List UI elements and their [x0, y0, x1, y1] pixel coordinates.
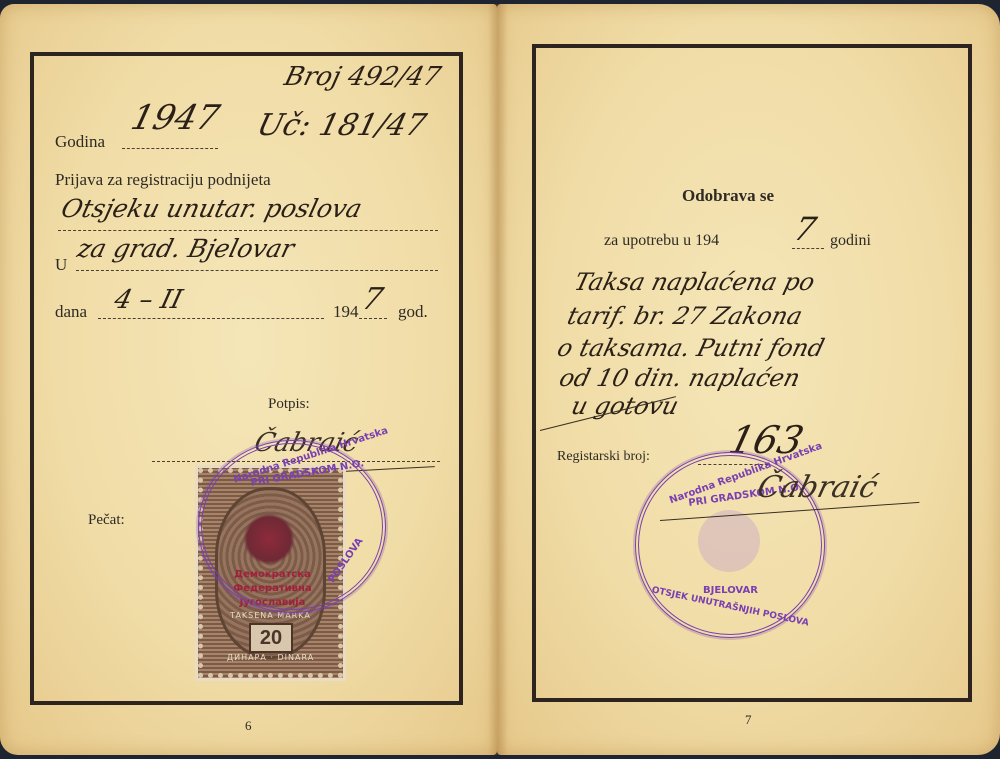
dana-line: [98, 318, 324, 319]
prijava-value: Otsjeku unutar. poslova: [58, 194, 365, 223]
prijava-line: [58, 230, 438, 231]
upotreba-line: [792, 248, 824, 249]
year-line: [359, 318, 387, 319]
seal-emblem-icon: [698, 510, 760, 572]
page-number-left: 6: [245, 718, 252, 734]
stamp-value: 20: [249, 623, 293, 653]
dana-value: 4 – II: [111, 285, 185, 315]
odobrava-heading: Odobrava se: [682, 186, 774, 206]
god-label: god.: [398, 302, 428, 322]
handwritten-note-line-3: o taksama. Putni fond: [555, 334, 828, 362]
handwritten-broj: Broj 492/47: [281, 62, 443, 92]
stamp-label-top: TAKSENA MARKA: [213, 611, 328, 620]
godina-value: 1947: [127, 98, 224, 138]
stamp-label-bottom: ДИНАРА · DINARA: [213, 653, 328, 662]
dana-label: dana: [55, 302, 87, 322]
potpis-label: Potpis:: [268, 396, 310, 413]
handwritten-note-line-5: u gotovu: [569, 392, 682, 420]
right-seal-city: BJELOVAR: [703, 585, 758, 596]
book-gutter: [488, 4, 508, 755]
pecat-label: Pečat:: [88, 512, 125, 529]
right-signature: Čabraić: [754, 470, 881, 505]
u-value: za grad. Bjelovar: [74, 234, 297, 263]
upotreba-prefix: za upotrebu u 194: [604, 232, 719, 250]
upotreba-suffix: godini: [830, 232, 871, 250]
godina-line: [122, 148, 218, 149]
page-number-right: 7: [745, 712, 752, 728]
handwritten-note-line-2: tarif. br. 27 Zakona: [565, 302, 806, 330]
u-line: [76, 270, 438, 271]
handwritten-note-line-4: od 10 din. naplaćen: [557, 364, 804, 392]
registarski-broj-label: Registarski broj:: [557, 449, 650, 465]
godina-label: Godina: [55, 132, 105, 152]
year-prefix: 194: [333, 302, 359, 322]
u-label: U: [55, 255, 67, 275]
handwritten-uc: Uč: 181/47: [254, 108, 430, 143]
handwritten-note-line-1: Taksa naplaćena po: [572, 268, 818, 296]
prijava-label: Prijava za registraciju podnijeta: [55, 170, 271, 190]
